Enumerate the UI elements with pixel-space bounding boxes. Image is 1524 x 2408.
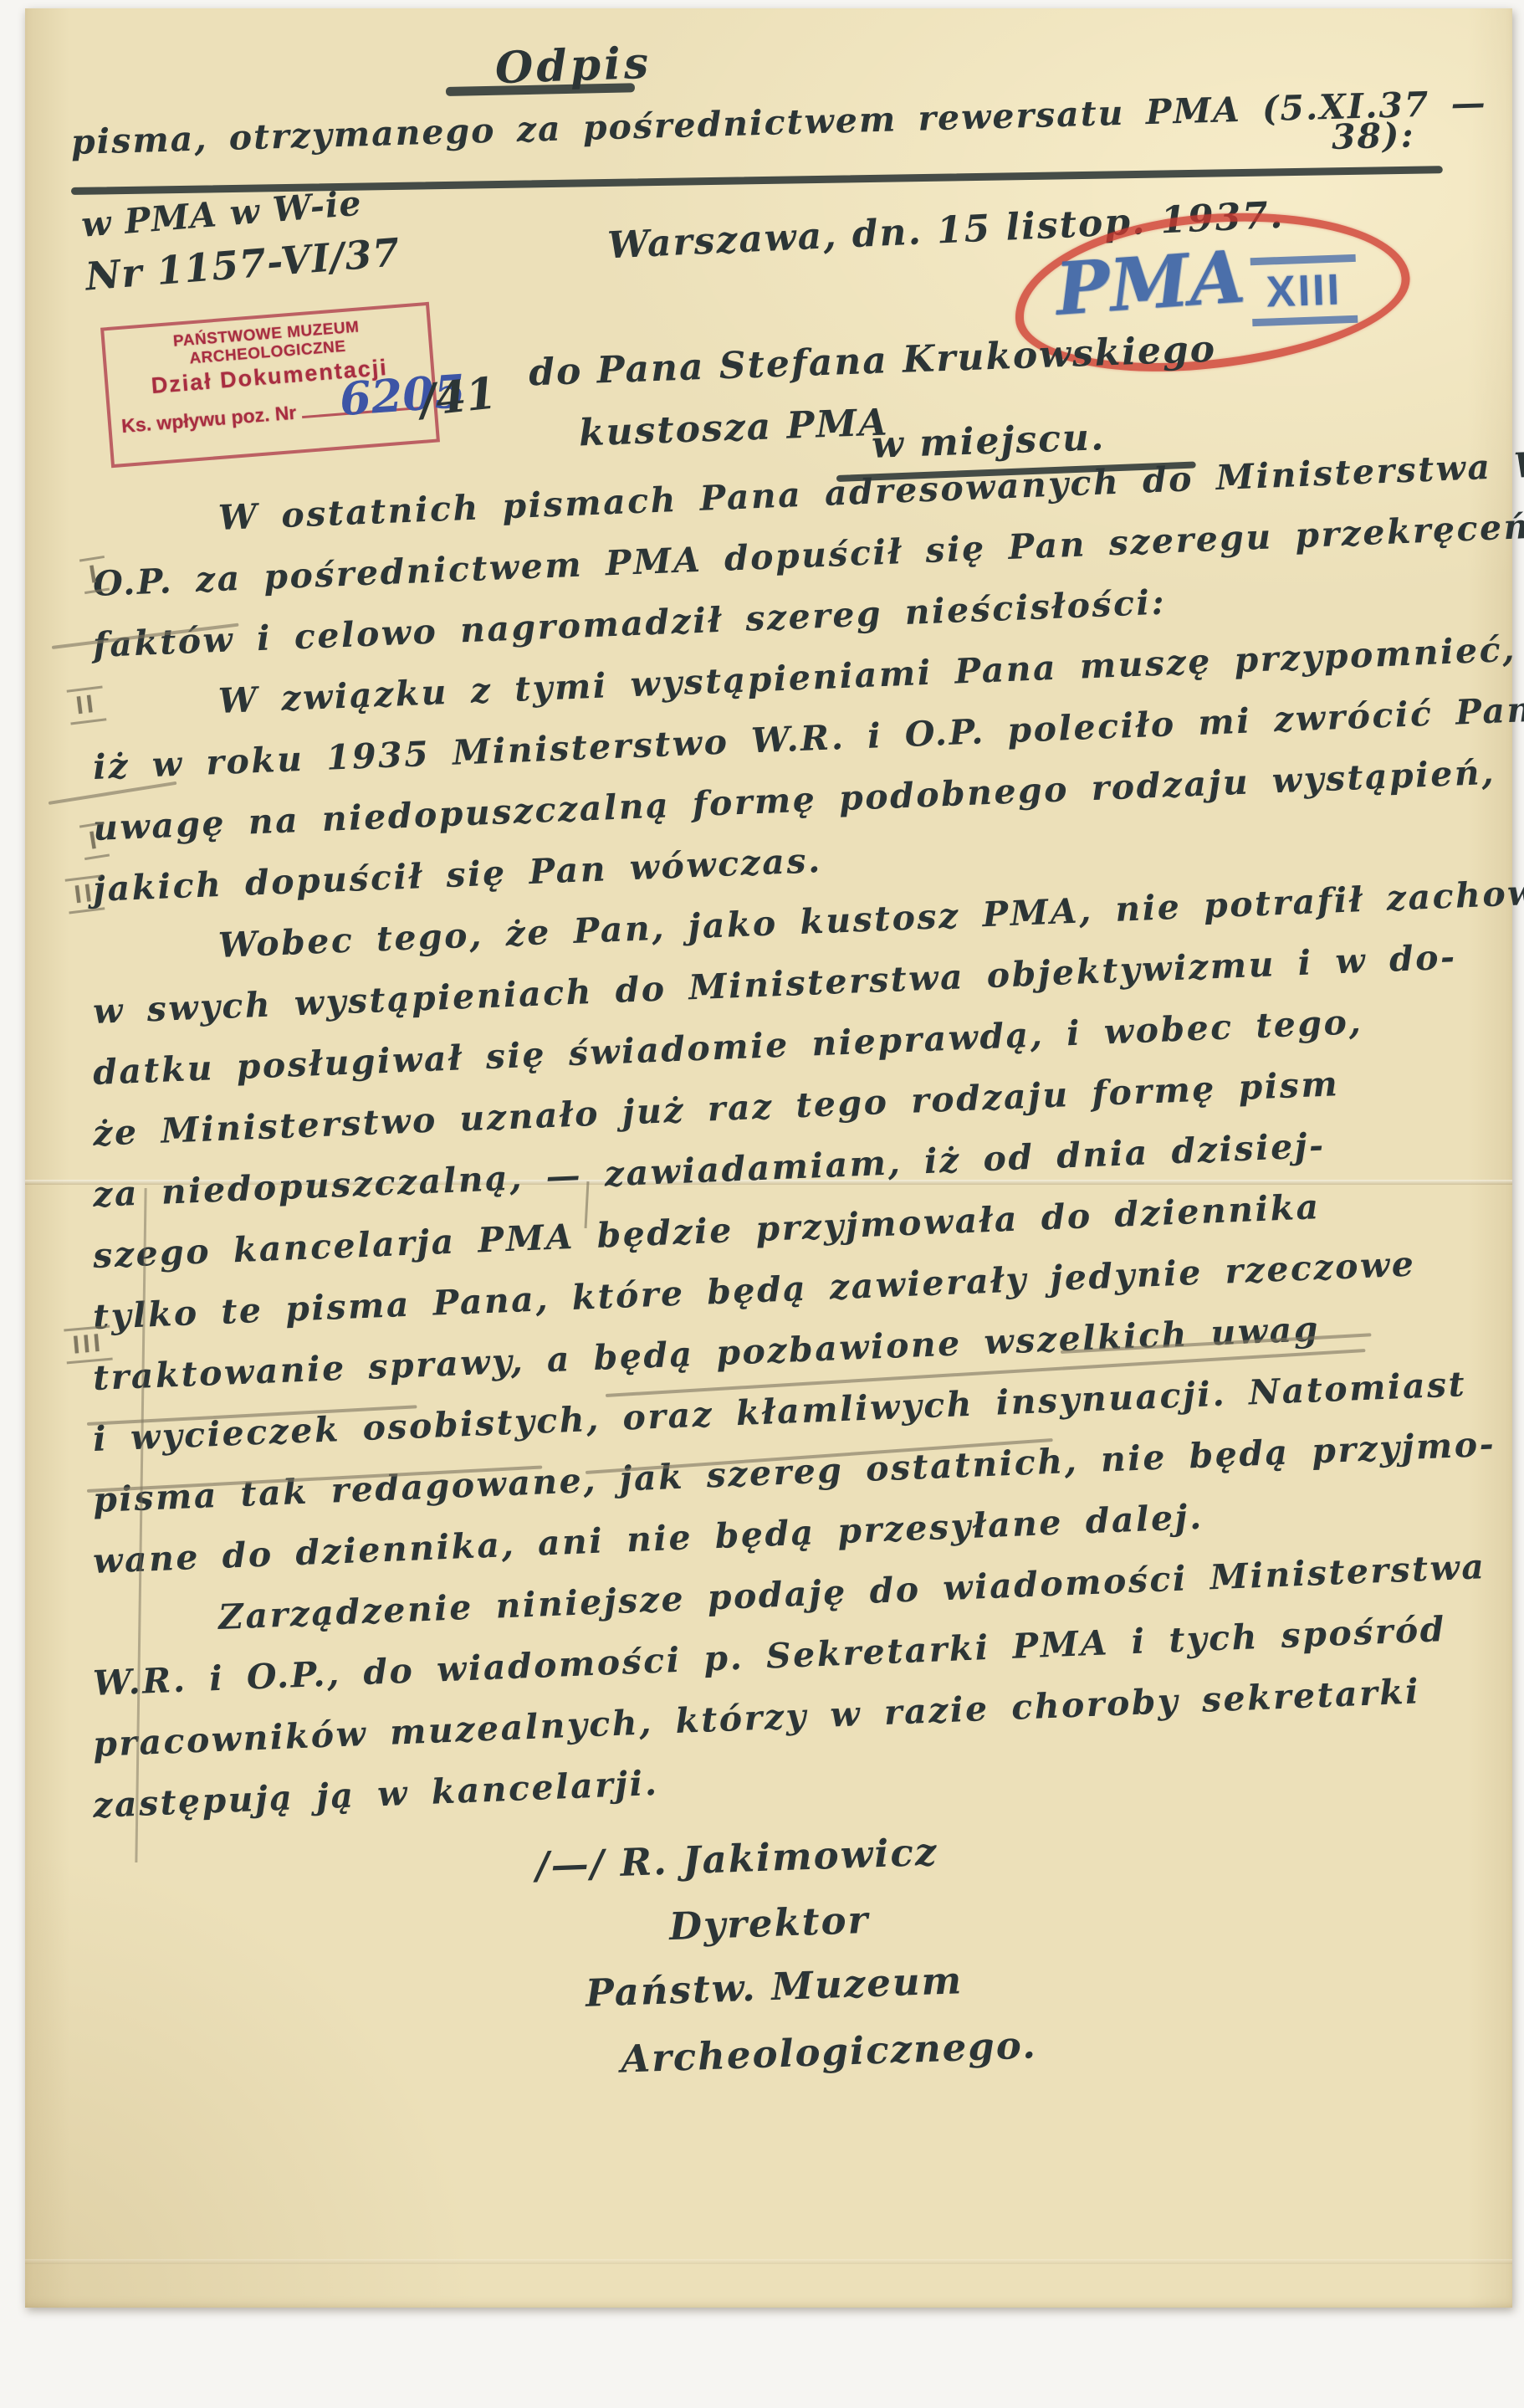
letter-body: W ostatnich pismach Pana adresowanych do… [94, 503, 1482, 1847]
registry-entry-label-text: Ks. wpływu poz. Nr [120, 402, 297, 437]
oval-stamp-numeral: XIII [1250, 254, 1358, 326]
scanned-letter-page: { "letter": { "copy_label": "Odpis", "su… [0, 0, 1524, 2408]
margin-mark-2: II [67, 686, 106, 725]
margin-mark-4: II [65, 875, 105, 915]
margin-mark-5: III [64, 1325, 112, 1365]
oval-stamp-text: PMA [1053, 234, 1248, 332]
signature-role: Dyrektor [668, 1898, 870, 1949]
registry-entry-suffix: /41 [417, 367, 499, 426]
fold-crease-bottom [25, 2259, 1512, 2264]
margin-mark-1: I [79, 556, 110, 594]
margin-mark-3: I [79, 822, 110, 860]
subtitle-number: 38): [1331, 115, 1415, 157]
addressee-line3: w miejscu. [871, 416, 1106, 467]
